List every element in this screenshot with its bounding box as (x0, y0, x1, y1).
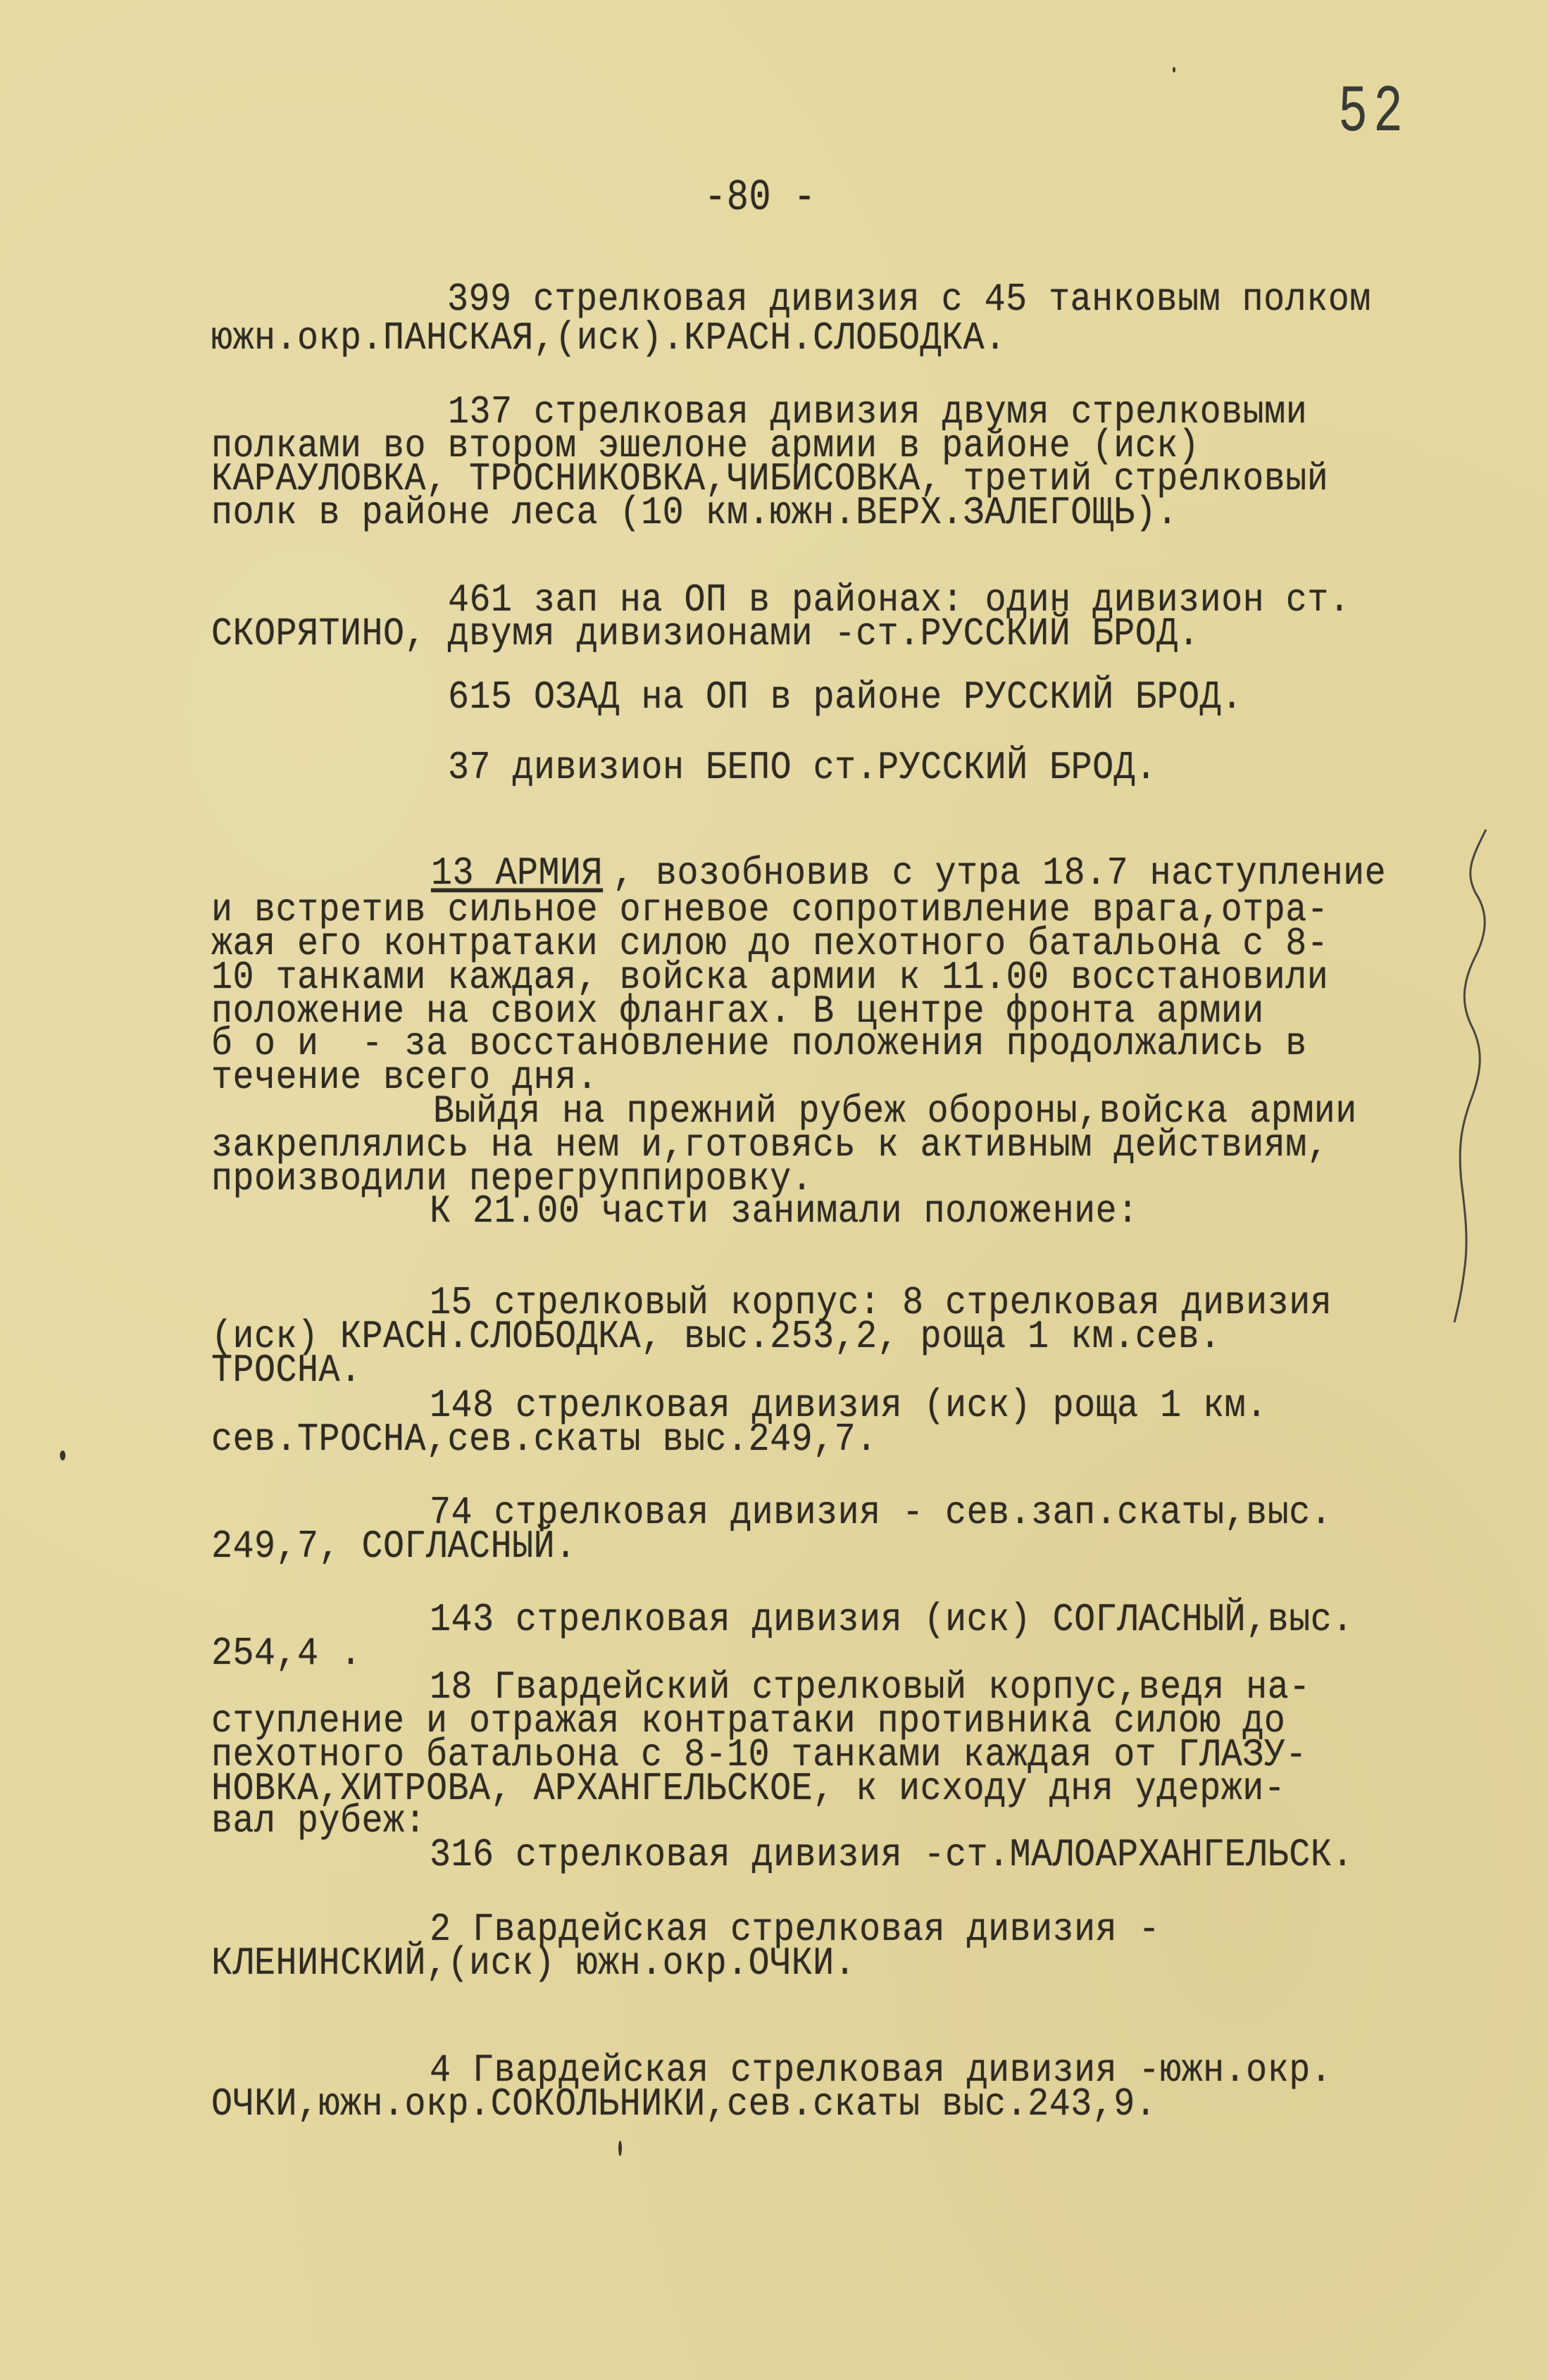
text-line: 615 ОЗАД на ОП в районе РУССКИЙ БРОД. (448, 676, 1243, 720)
text-line: КЛЕНИНСКИЙ,(иск) южн.окр.ОЧКИ. (211, 1942, 856, 1986)
text-line: (иск) КРАСН.СЛОБОДКА, выс.253,2, роща 1 … (211, 1315, 1221, 1360)
text-line: 143 стрелковая дивизия (иск) СОГЛАСНЫЙ,в… (430, 1598, 1354, 1643)
text-line: СКОРЯТИНО, двумя дивизионами -ст.РУССКИЙ… (211, 613, 1199, 657)
text-line: 249,7, СОГЛАСНЫЙ. (211, 1525, 577, 1570)
text-line: 254,4 . (211, 1632, 362, 1677)
document-page: 52 -80 - 399 стрелковая дивизия с 45 тан… (0, 0, 1548, 2380)
text-line: 37 дивизион БЕПО ст.РУССКИЙ БРОД. (448, 746, 1157, 791)
archive-folio-number: 52 (1338, 76, 1409, 151)
ink-speck (1173, 67, 1175, 73)
text-line: вал рубеж: (211, 1800, 426, 1844)
text-line: К 21.00 части занимали положение: (430, 1190, 1139, 1234)
text-line: южн.окр.ПАНСКАЯ,(иск).КРАСН.СЛОБОДКА. (211, 317, 1006, 361)
page-number: -80 - (704, 175, 816, 222)
ink-speck (60, 1451, 65, 1460)
margin-brace-pencil-mark (1451, 829, 1514, 1322)
text-line: полк в районе леса (10 км.южн.ВЕРХ.ЗАЛЕГ… (211, 491, 1178, 536)
text-line: сев.ТРОСНА,сев.скаты выс.249,7. (211, 1418, 878, 1463)
text-line: 316 стрелковая дивизия -ст.МАЛОАРХАНГЕЛЬ… (430, 1834, 1354, 1878)
text-line: ТРОСНА. (211, 1349, 362, 1393)
text-line: ОЧКИ,южн.окр.СОКОЛЬНИКИ,сев.скаты выс.24… (211, 2083, 1156, 2127)
ink-speck (618, 2141, 622, 2156)
